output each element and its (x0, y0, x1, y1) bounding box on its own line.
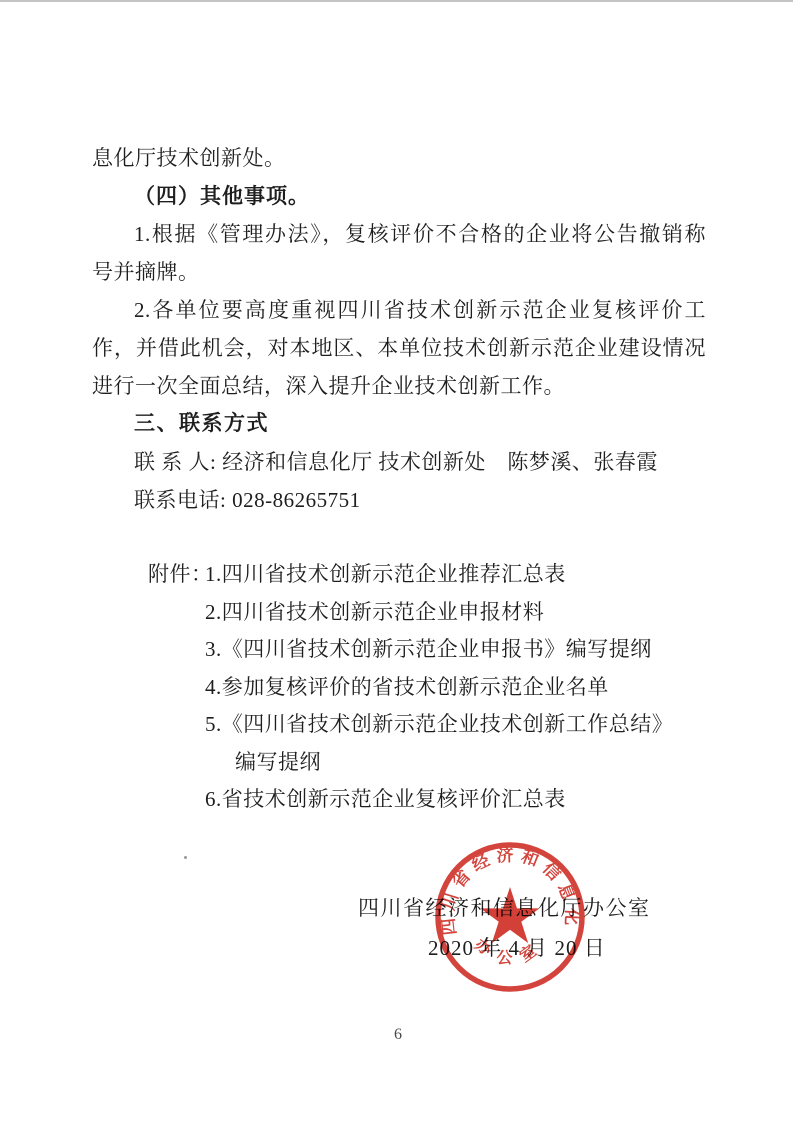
contact-phone-line: 联系电话: 028-86265751 (92, 481, 706, 519)
contact-person-line: 联 系 人: 经济和信息化厅 技术创新处 陈梦溪、张春霞 (92, 443, 706, 481)
attachments-list: 附件：1.四川省技术创新示范企业推荐汇总表 2.四川省技术创新示范企业申报材料 … (148, 556, 728, 819)
body-line: 息化厅技术创新处。 (92, 139, 706, 177)
attachment-line-1: 附件：1.四川省技术创新示范企业推荐汇总表 (148, 556, 728, 594)
document-body: 息化厅技术创新处。 （四）其他事项。 1.根据《管理办法》，复核评价不合格的企业… (92, 139, 706, 519)
scan-edge-artifact (0, 0, 793, 2)
attachment-item-2: 2.四川省技术创新示范企业申报材料 (148, 594, 728, 632)
body-line: 进行一次全面总结，深入提升企业技术创新工作。 (92, 367, 706, 405)
attachment-item-5: 5.《四川省技术创新示范企业技术创新工作总结》 (148, 706, 728, 744)
section-heading-four: （四）其他事项。 (92, 177, 706, 215)
scan-speck-artifact (184, 856, 187, 859)
body-line: 号并摘牌。 (92, 253, 706, 291)
seal-bottom-text: 办公室 (471, 935, 548, 967)
attachment-item-5-continuation: 编写提纲 (148, 744, 728, 782)
body-line: 作，并借此机会，对本地区、本单位技术创新示范企业建设情况 (92, 329, 706, 367)
attachment-item-4: 4.参加复核评价的省技术创新示范企业名单 (148, 669, 728, 707)
attachment-item-6: 6.省技术创新示范企业复核评价汇总表 (148, 781, 728, 819)
official-seal: 四川省经济和信息化厅 办公室 (435, 842, 585, 992)
attachments-label: 附件： (148, 556, 205, 594)
attachment-item-1: 1.四川省技术创新示范企业推荐汇总表 (205, 562, 566, 586)
document-page: 息化厅技术创新处。 （四）其他事项。 1.根据《管理办法》，复核评价不合格的企业… (0, 0, 793, 1122)
body-line: 1.根据《管理办法》，复核评价不合格的企业将公告撤销称 (92, 215, 706, 253)
body-line: 2.各单位要高度重视四川省技术创新示范企业复核评价工 (92, 291, 706, 329)
seal-star-icon (481, 887, 540, 943)
attachment-item-3: 3.《四川省技术创新示范企业申报书》编写提纲 (148, 631, 728, 669)
section-heading-three: 三、联系方式 (92, 405, 706, 443)
page-number: 6 (375, 1024, 421, 1046)
